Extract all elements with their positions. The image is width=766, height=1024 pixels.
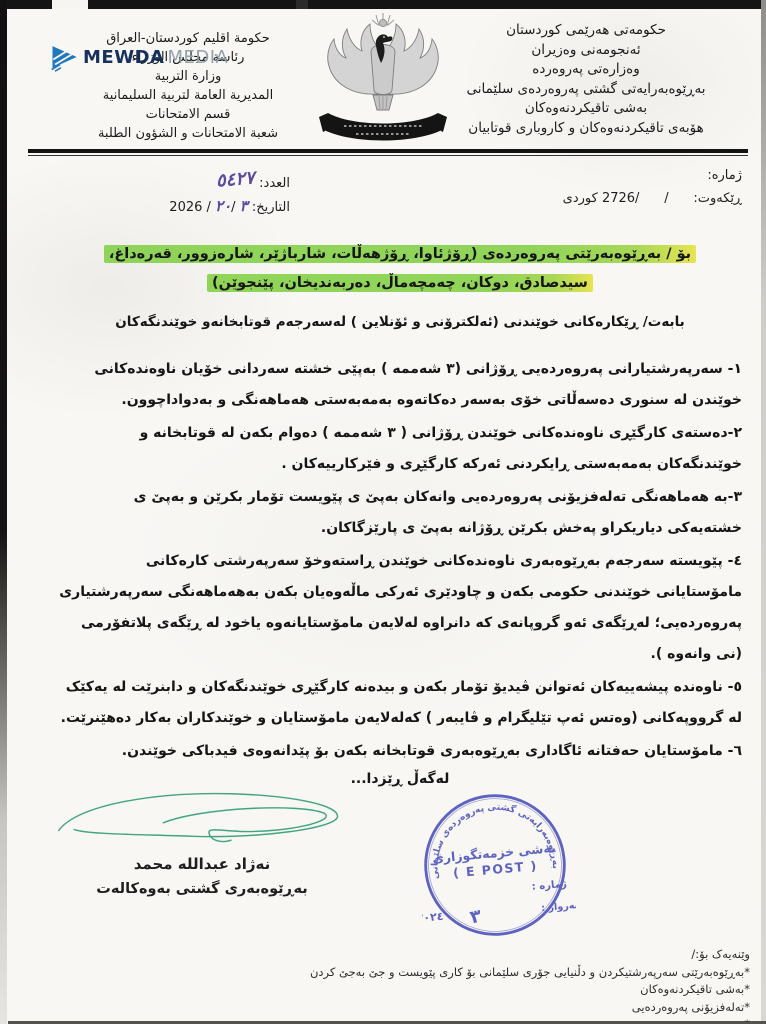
cc-block: وێنەیەک بۆ:/ *بەڕێوەبەرێتی سەرپەرشتیکردن… [190,946,750,1022]
date-value: 2026 / ٣ /٢٠ [169,195,247,219]
ref-number-line: العدد: ٥٤٢٧ [60,168,290,195]
handwritten-month: ٣ [240,197,248,215]
body-paragraphs: ١- سەرپەرشتیارانی پەروەردەیی ڕۆژانی (٣ ش… [58,354,742,767]
cc-item: *بەڕێوەبەرێتی سەرپەرشتیکردن و دڵنیایی جۆ… [190,964,750,982]
brand-name-light: MEDIA [167,47,228,68]
header-line: بەشی تاقیکردنەوەکان [420,99,752,119]
ref-date-value: / /2726 کوردی [563,191,694,206]
header-divider [28,149,748,156]
header-line: هۆبەی تاقیکردنەوەکان و کاروباری قوتابیان [420,119,752,139]
recipient-line: بۆ / بەڕێوەبەرێتی پەروەردەی (ڕۆژئاوا، ڕۆ… [58,240,742,298]
paragraph-3: ٣-بە هەماهەنگی تەلەفزیۆنی پەروەردەیی وان… [58,482,742,544]
subject-line: بابەت/ ڕێکارەکانی خوێندنی (ئەلکترۆنی و ئ… [58,314,742,330]
handwritten-number: ٥٤٢٧ [215,166,256,192]
paragraph-5: ٥- ناوەندە پیشەییەکان ئەتوانن ڤیدیۆ تۆما… [58,672,742,734]
ref-date-line: التاريخ: 2026 / ٣ /٢٠ [60,195,290,219]
signatory-name: نەژاد عبدالله محمد [46,852,358,876]
paragraph-6: ٦- مامۆستایان حەفتانە ئاگاداری بەڕێوەبەر… [58,736,742,767]
brand-name-bold: MEWDA [83,47,164,68]
ref-date-line: ڕێکەوت: / /2726 کوردی [563,187,742,210]
letter-body: بۆ / بەڕێوەبەرێتی پەروەردەی (ڕۆژئاوا، ڕۆ… [58,240,742,787]
paragraph-1: ١- سەرپەرشتیارانی پەروەردەیی ڕۆژانی (٣ ش… [58,354,742,416]
scanned-letter-page: حکومەتی هەرێمی کوردستان ئەنجومەنی وەزیرا… [0,0,766,1024]
scan-edge-right [761,0,766,1024]
stamp-date-label: بەروار : [541,900,579,914]
scan-edge-top [0,0,766,9]
signatory-title: بەڕێوەبەری گشتی بەوەکالەت [46,876,358,902]
epost-stamp: بەڕێوەبەرایەتی گشتی پەروەردەی سلێمانی بە… [412,782,579,949]
cc-item: *بەشی تاقیکردنەوەکان [190,981,750,999]
header-line: وەزارەتی پەروەردە [420,60,752,80]
cc-item-partial: * [190,1016,750,1022]
scan-edge-left [0,0,7,1024]
paragraph-4: ٤- پێویستە سەرجەم بەڕێوەبەری ناوەندەکانی… [58,546,742,670]
closing-line: لەگەڵ ڕێزدا... [58,771,742,787]
signature-scribble-icon [46,786,358,846]
cc-item: *تەلەفزیۆنی پەروەردەیی [190,999,750,1017]
ref-arabic-block: العدد: ٥٤٢٧ التاريخ: 2026 / ٣ /٢٠ [60,168,290,219]
header-line: شعبة الامتحانات و الشؤون الطلبة [40,124,336,143]
header-line: ئەنجومەنی وەزیران [420,41,752,61]
header-line: بەڕێوەبەرایەتی گشتی پەروەردەی سلێمانی [420,80,752,100]
header-line: المديرية العامة لتربية السليمانية [40,86,336,105]
cc-title: وێنەیەک بۆ:/ [190,946,750,964]
mewdamedia-logo-icon [50,42,80,72]
highlighted-text: سیدصادق، دوکان، چەمچەماڵ، دەربەندیخان، پ… [207,274,593,292]
ref-number-line: ژمارە: [563,164,742,187]
signature-block: نەژاد عبدالله محمد بەڕێوەبەری گشتی بەوەک… [46,786,358,902]
stamp-number-label: ژمارە : [531,879,567,893]
kurdistan-coat-of-arms-icon [318,12,448,150]
stamp-handwritten-month: ٣ [468,906,484,929]
highlighted-text: بۆ / بەڕێوەبەرێتی پەروەردەی (ڕۆژئاوا، ڕۆ… [104,245,696,263]
paragraph-2: ٢-دەستەی کارگێڕی ناوەندەکانی خوێندن ڕۆژا… [58,418,742,480]
stamp-date-year: ٢٠٢٤ / [412,910,444,926]
header-kurdish-block: حکومەتی هەرێمی کوردستان ئەنجومەنی وەزیرا… [420,21,752,138]
header-line: قسم الامتحانات [40,105,336,124]
ref-kurdish-block: ژمارە: ڕێکەوت: / /2726 کوردی [563,164,742,210]
handwritten-day: ٢٠ [215,197,231,215]
header-line: حکومەتی هەرێمی کوردستان [420,21,752,41]
mewdamedia-watermark: MEWDAMEDIA [50,42,228,72]
